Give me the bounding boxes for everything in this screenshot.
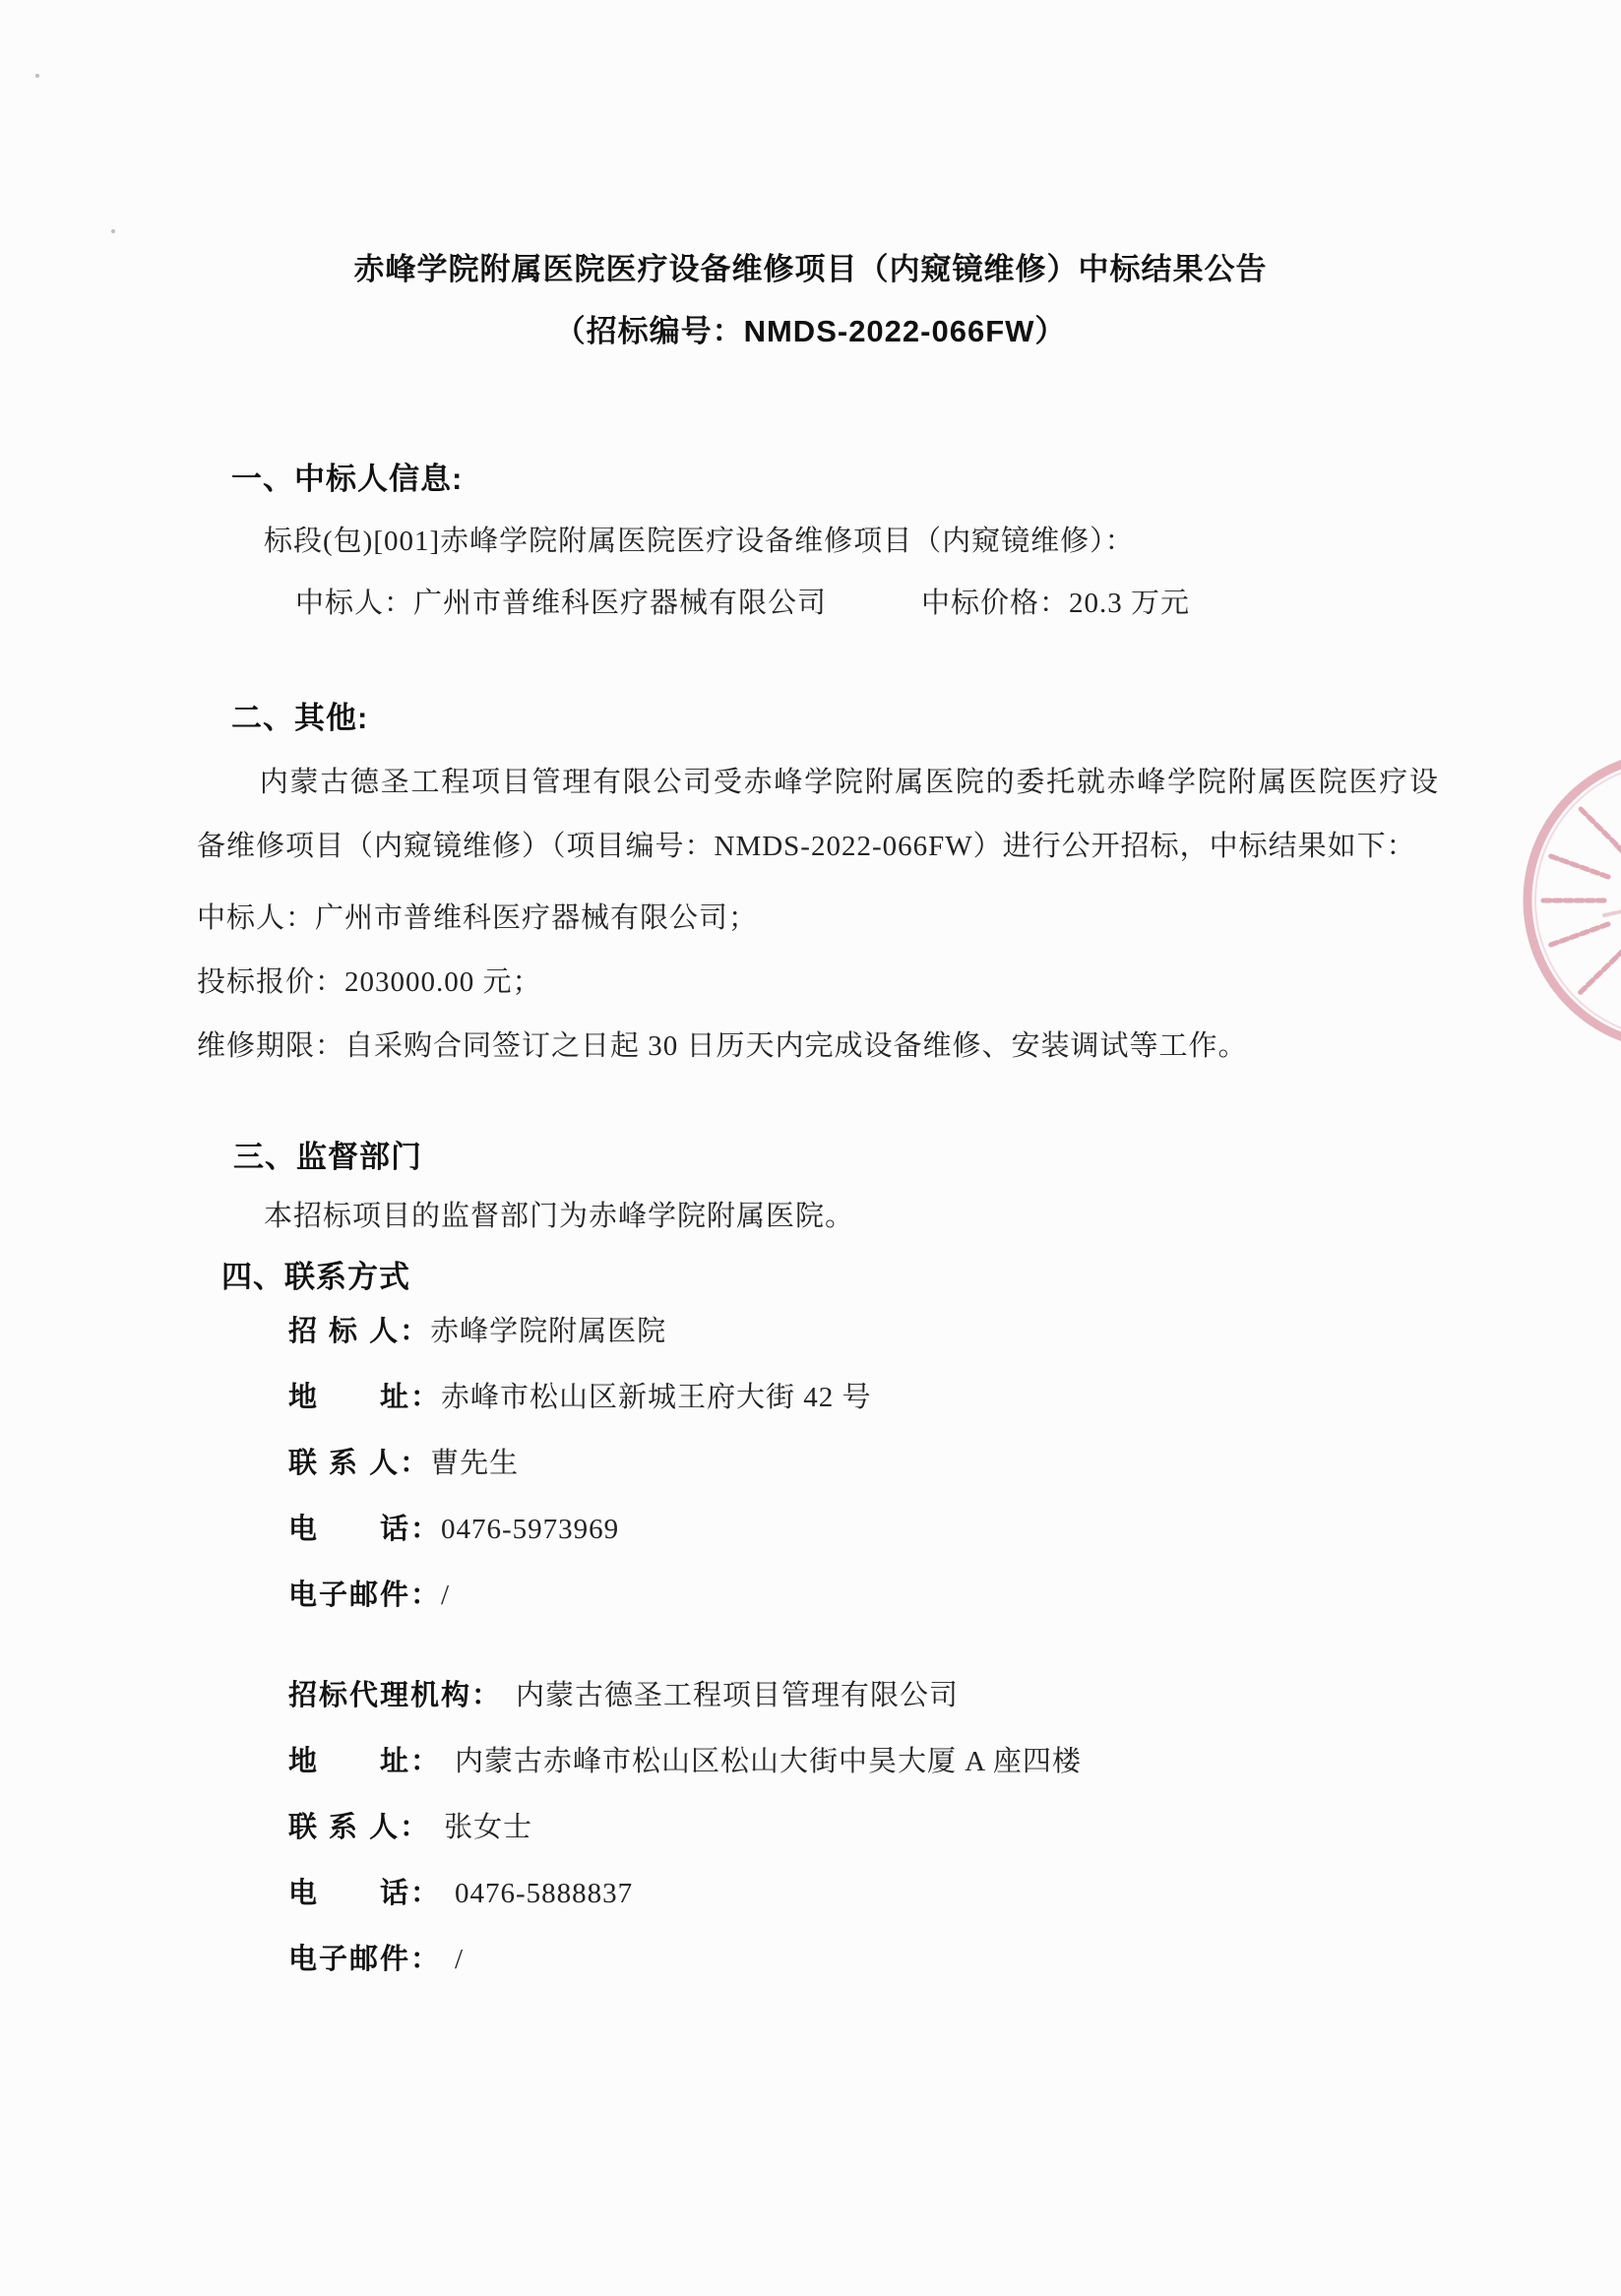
contact-label: 电子邮件： bbox=[288, 1944, 441, 1975]
contact-value: 内蒙古赤峰市松山区松山大街中昊大厦 A 座四楼 bbox=[441, 1746, 1082, 1777]
contact-label: 地 址： bbox=[288, 1382, 441, 1413]
section2-bid-price-line: 投标报价：203000.00 元； bbox=[197, 960, 542, 1000]
scanned-document-page: 赤峰学院附属医院医疗设备维修项目（内窥镜维修）中标结果公告 （招标编号：NMDS… bbox=[0, 0, 1621, 2296]
contact-row-tenderer-email: 电子邮件：/ bbox=[288, 1565, 872, 1631]
section2-period-line: 维修期限：自采购合同签订之日起 30 日历天内完成设备维修、安装调试等工作。 bbox=[197, 1024, 1248, 1064]
winner-label: 中标人： bbox=[295, 588, 413, 619]
contact-value: 曹先生 bbox=[430, 1448, 519, 1479]
contact-row-agency-address: 地 址：内蒙古赤峰市松山区松山大街中昊大厦 A 座四楼 bbox=[288, 1731, 1082, 1797]
contact-value: 0476-5973969 bbox=[441, 1514, 619, 1545]
scan-speck bbox=[111, 229, 115, 233]
contact-value: 张女士 bbox=[430, 1812, 532, 1843]
contact-value: / bbox=[441, 1580, 450, 1611]
contact-label: 电 话： bbox=[288, 1878, 441, 1909]
contact-label: 电子邮件： bbox=[288, 1580, 441, 1611]
section3-heading: 三、监督部门 bbox=[233, 1132, 422, 1176]
section2-winner-line: 中标人：广州市普维科医疗器械有限公司； bbox=[197, 896, 758, 936]
agency-contact-block: 招标代理机构：内蒙古德圣工程项目管理有限公司 地 址：内蒙古赤峰市松山区松山大街… bbox=[288, 1665, 1082, 1995]
contact-value: 赤峰市松山区新城王府大街 42 号 bbox=[441, 1382, 872, 1413]
contact-row-agency-phone: 电 话：0476-5888837 bbox=[288, 1863, 1082, 1929]
section2-paragraph: 内蒙古德圣工程项目管理有限公司受赤峰学院附属医院的委托就赤峰学院附属医院医疗设备… bbox=[197, 751, 1439, 879]
section3-body: 本招标项目的监督部门为赤峰学院附属医院。 bbox=[264, 1194, 854, 1234]
contact-value: 内蒙古德圣工程项目管理有限公司 bbox=[502, 1680, 959, 1711]
section2-heading: 二、其他: bbox=[231, 693, 368, 737]
contact-row-tenderer-address: 地 址：赤峰市松山区新城王府大街 42 号 bbox=[288, 1367, 872, 1433]
price-label: 中标价格： bbox=[921, 588, 1069, 619]
contact-row-tenderer-name: 招 标 人：赤峰学院附属医院 bbox=[288, 1301, 872, 1367]
winner-value: 广州市普维科医疗器械有限公司 bbox=[413, 588, 827, 619]
contact-label: 地 址： bbox=[288, 1746, 441, 1777]
scan-speck bbox=[35, 74, 39, 78]
contact-label: 联 系 人： bbox=[288, 1812, 430, 1843]
section4-heading: 四、联系方式 bbox=[221, 1252, 410, 1296]
contact-label: 招标代理机构： bbox=[288, 1680, 502, 1711]
contact-row-agency-name: 招标代理机构：内蒙古德圣工程项目管理有限公司 bbox=[288, 1665, 1082, 1731]
contact-row-agency-person: 联 系 人：张女士 bbox=[288, 1797, 1082, 1863]
red-seal-stamp bbox=[1498, 740, 1621, 1065]
section1-winner-line: 中标人：广州市普维科医疗器械有限公司中标价格：20.3 万元 bbox=[295, 581, 1190, 621]
document-title: 赤峰学院附属医院医疗设备维修项目（内窥镜维修）中标结果公告 bbox=[0, 244, 1621, 288]
tenderer-contact-block: 招 标 人：赤峰学院附属医院 地 址：赤峰市松山区新城王府大街 42 号 联 系… bbox=[288, 1301, 872, 1631]
contact-row-agency-email: 电子邮件：/ bbox=[288, 1929, 1082, 1995]
contact-row-tenderer-person: 联 系 人：曹先生 bbox=[288, 1433, 872, 1499]
price-value: 20.3 万元 bbox=[1069, 588, 1190, 619]
contact-label: 联 系 人： bbox=[288, 1448, 430, 1479]
contact-row-tenderer-phone: 电 话：0476-5973969 bbox=[288, 1499, 872, 1565]
contact-label: 招 标 人： bbox=[288, 1316, 430, 1347]
contact-value: / bbox=[441, 1944, 464, 1975]
contact-label: 电 话： bbox=[288, 1514, 441, 1545]
tender-number-subtitle: （招标编号：NMDS-2022-066FW） bbox=[0, 306, 1621, 350]
contact-value: 赤峰学院附属医院 bbox=[430, 1316, 666, 1347]
contact-value: 0476-5888837 bbox=[441, 1878, 633, 1909]
section1-heading: 一、中标人信息: bbox=[231, 454, 463, 498]
section1-lot-line: 标段(包)[001]赤峰学院附属医院医疗设备维修项目（内窥镜维修）： bbox=[264, 519, 1135, 559]
